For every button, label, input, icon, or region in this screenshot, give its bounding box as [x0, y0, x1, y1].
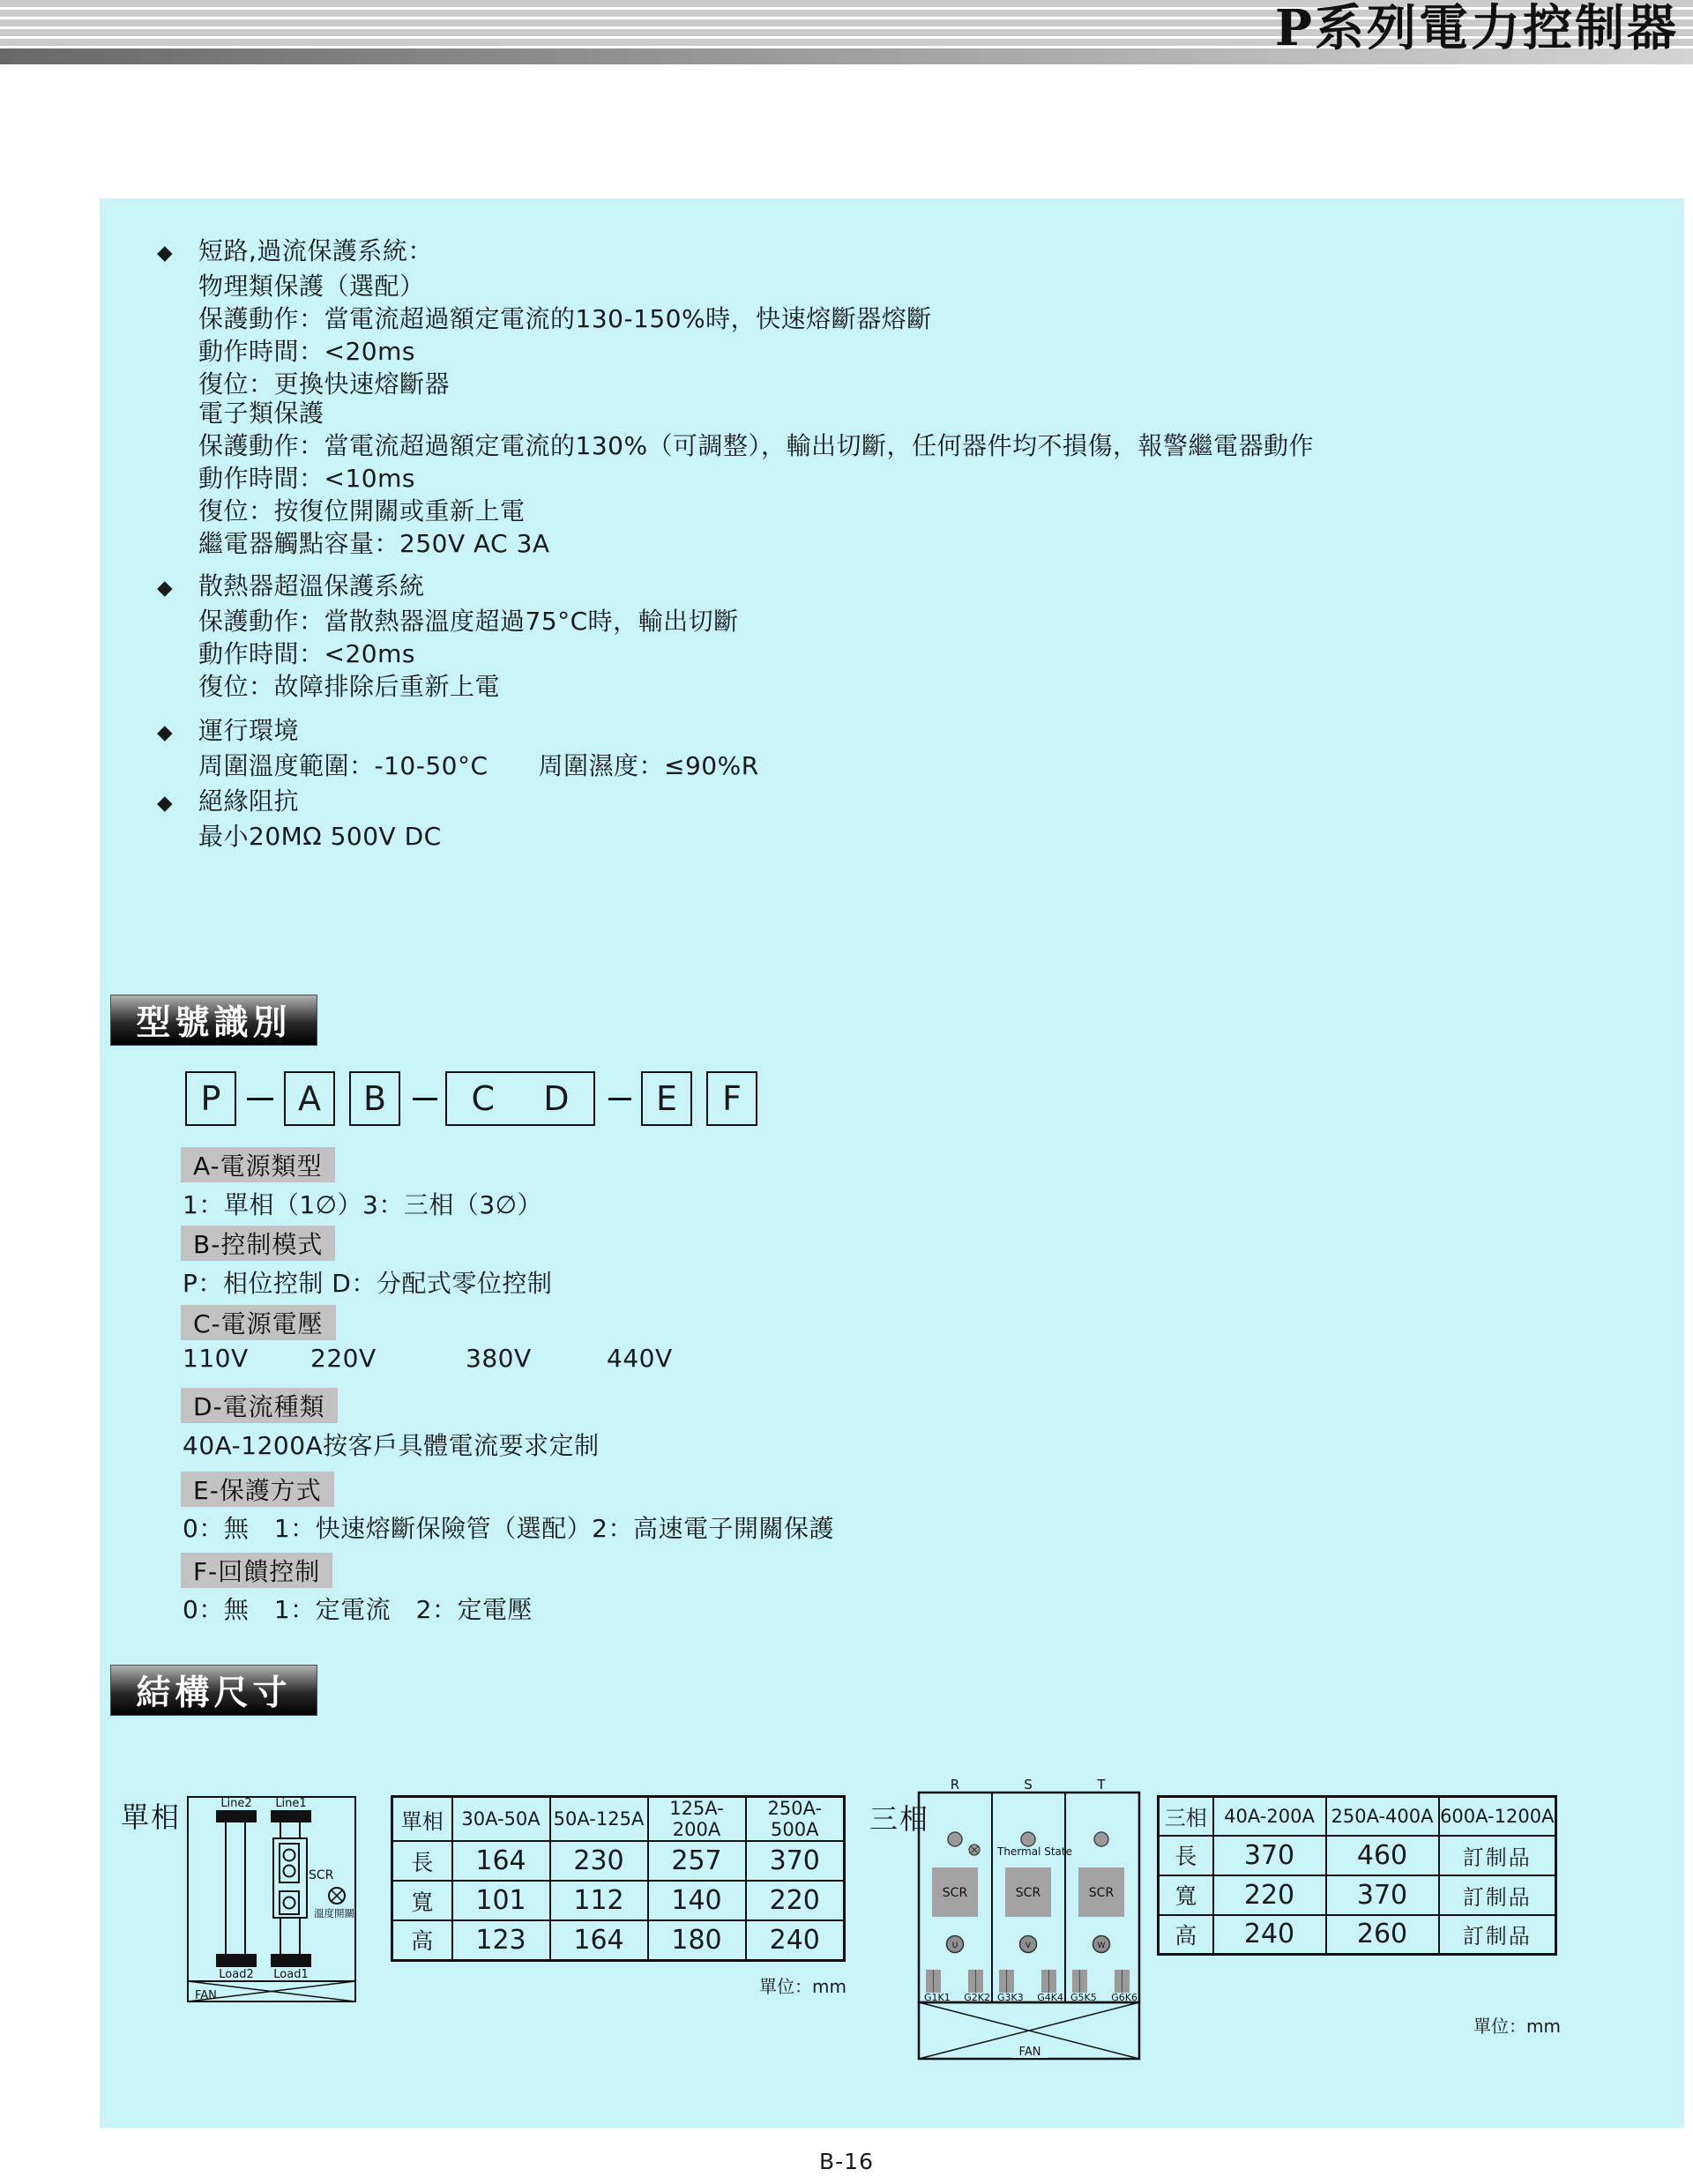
- scr-module: [273, 1838, 307, 1918]
- value-cell: 240: [1213, 1915, 1326, 1955]
- load1-terminal-label: Load1: [273, 1968, 308, 1981]
- page-title: P系列電力控制器: [1275, 0, 1679, 58]
- code-dash-icon: [608, 1098, 631, 1100]
- spec-insulation: ◆絕緣阻抗 最小20MΩ 500V DC: [157, 785, 442, 853]
- busbar-terminal: [271, 1810, 311, 1822]
- fan-label: FAN: [195, 1989, 217, 2002]
- code-box-f: F: [706, 1071, 757, 1126]
- value-cell: 257: [648, 1841, 746, 1881]
- spec-overtemp: ◆散熱器超溫保護系統 保護動作：當散熱器溫度超過75°C時，輸出切斷 動作時間：…: [157, 570, 739, 703]
- fan-label: FAN: [1019, 2046, 1041, 2059]
- spec-heading: ◆運行環境: [157, 714, 759, 749]
- single-phase-label: 單相: [121, 1795, 181, 1836]
- code-dash-icon: [413, 1098, 437, 1100]
- table-row: 高 240 260 訂制品: [1159, 1915, 1556, 1955]
- spec-heading: ◆絕緣阻抗: [157, 785, 442, 820]
- structure-section-header: 結構尺寸: [110, 1665, 317, 1716]
- thermal-state-label: Thermal State: [996, 1845, 1072, 1858]
- table-row: 寬 220 370 訂制品: [1159, 1875, 1556, 1915]
- single-phase-dim-table: 單相 30A-50A 50A-125A 125A-200A 250A-500A …: [391, 1795, 846, 1962]
- spec-line: 保護動作：當散熱器溫度超過75°C時，輸出切斷: [157, 605, 739, 637]
- table-row: 高 123 164 180 240: [392, 1920, 845, 1960]
- spec-heading: ◆短路,過流保護系統：: [157, 235, 932, 270]
- diamond-bullet-icon: ◆: [157, 717, 198, 749]
- value-cell: 240: [746, 1920, 845, 1960]
- scr-label: SCR: [1016, 1886, 1041, 1900]
- code-letter-c: C: [472, 1079, 496, 1118]
- table-header-cell: 125A-200A: [648, 1797, 746, 1842]
- busbar-terminal: [271, 1954, 311, 1967]
- value-cell: 370: [746, 1841, 845, 1881]
- spec-line: 復位：故障排除后重新上電: [157, 670, 739, 703]
- spec-line: 動作時間：<10ms: [157, 462, 1314, 495]
- table-header-cell: 30A-50A: [452, 1797, 550, 1842]
- table-header-cell: 單相: [392, 1797, 452, 1842]
- line1-terminal-label: Line1: [275, 1797, 306, 1810]
- mount-hole: [1094, 1832, 1108, 1846]
- phase-letter: U: [952, 1942, 958, 1950]
- scr-label: SCR: [309, 1868, 334, 1882]
- table-header-cell: 50A-125A: [550, 1797, 648, 1842]
- scr-label: SCR: [1089, 1886, 1115, 1900]
- value-cell: 370: [1213, 1836, 1326, 1875]
- phase-s-label: S: [1024, 1777, 1033, 1793]
- spec-line: 復位：按復位開關或重新上電: [157, 495, 1314, 527]
- thermal-switch-icon: [969, 1845, 980, 1855]
- spec-heading-text: 電子類保護: [157, 397, 1314, 429]
- model-id-section-header: 型號識別: [110, 995, 317, 1046]
- voltage-option: 220V: [310, 1344, 377, 1373]
- diamond-bullet-icon: ◆: [157, 237, 198, 270]
- mount-hole: [948, 1832, 962, 1846]
- table-row: 寬 101 112 140 220: [392, 1881, 845, 1920]
- dim-cell: 高: [392, 1920, 452, 1960]
- field-desc-e: 0：無 1：快速熔斷保險管（選配）2：高速電子開關保護: [183, 1509, 834, 1545]
- spec-line: 保護動作：當電流超過額定電流的130%（可調整），輸出切斷，任何器件均不損傷，報…: [157, 429, 1314, 462]
- diamond-bullet-icon: ◆: [157, 572, 198, 605]
- code-box-cd: C D: [445, 1071, 595, 1126]
- busbar-terminal: [216, 1810, 257, 1822]
- three-phase-diagram: R S T Thermal State SCR SCR SCR U V W: [913, 1768, 1146, 2063]
- spec-heading-text: 短路,過流保護系統：: [198, 236, 433, 265]
- unit-note: 單位：mm: [1433, 2012, 1561, 2038]
- code-box-b: B: [349, 1071, 400, 1126]
- spec-heading-text: 運行環境: [198, 716, 299, 745]
- temp-switch-icon: [329, 1888, 345, 1904]
- phase-r-label: R: [951, 1777, 959, 1793]
- spec-heading: ◆散熱器超溫保護系統: [157, 570, 739, 605]
- value-cell: 123: [452, 1920, 550, 1960]
- code-box-p: P: [185, 1071, 236, 1126]
- code-letter-d: D: [543, 1079, 569, 1118]
- dim-cell: 長: [392, 1841, 452, 1881]
- value-cell: 140: [648, 1881, 746, 1920]
- code-box-e: E: [641, 1071, 692, 1126]
- table-row: 長 370 460 訂制品: [1159, 1836, 1556, 1875]
- mount-hole: [1021, 1832, 1035, 1846]
- three-phase-dim-table: 三相 40A-200A 250A-400A 600A-1200A 長 370 4…: [1157, 1795, 1557, 1956]
- table-header-cell: 600A-1200A: [1439, 1797, 1556, 1836]
- spec-line: 繼電器觸點容量：250V AC 3A: [157, 527, 1314, 560]
- value-cell: 460: [1326, 1836, 1439, 1875]
- temp-switch-label: 溫度開關: [314, 1907, 354, 1919]
- phase-letter: V: [1025, 1942, 1032, 1950]
- value-cell: 101: [452, 1881, 550, 1920]
- spec-electronic: 電子類保護 保護動作：當電流超過額定電流的130%（可調整），輸出切斷，任何器件…: [157, 397, 1314, 560]
- spec-line: 物理類保護（選配）: [157, 270, 932, 302]
- field-label-d: D-電流種類: [181, 1388, 338, 1423]
- voltage-option: 440V: [607, 1344, 673, 1373]
- spec-line: 動作時間：<20ms: [157, 637, 739, 670]
- table-header-cell: 三相: [1159, 1797, 1213, 1836]
- scr-label: SCR: [943, 1886, 968, 1900]
- field-label-c: C-電源電壓: [181, 1305, 336, 1340]
- code-dash-icon: [247, 1098, 273, 1100]
- unit-note: 單位：mm: [719, 1972, 846, 1998]
- dim-cell: 高: [1159, 1915, 1213, 1955]
- field-label-e: E-保護方式: [181, 1472, 334, 1507]
- field-desc-b: P：相位控制 D：分配式零位控制: [183, 1264, 552, 1300]
- field-desc-f: 0：無 1：定電流 2：定電壓: [183, 1591, 533, 1626]
- phase-letter: W: [1098, 1942, 1106, 1950]
- value-cell: 164: [452, 1841, 550, 1881]
- table-header-cell: 250A-500A: [746, 1797, 845, 1842]
- field-label-b: B-控制模式: [181, 1226, 335, 1261]
- spec-line: 最小20MΩ 500V DC: [157, 820, 442, 853]
- voltage-option: 380V: [466, 1344, 532, 1373]
- value-cell: 260: [1326, 1915, 1439, 1955]
- spec-environment: ◆運行環境 周圍溫度範圍：-10-50°C 周圍濕度：≤90%R: [157, 714, 759, 782]
- value-cell: 230: [550, 1841, 648, 1881]
- single-phase-diagram: Line2 Line1 SCR 溫度開關 Load2 Load1: [185, 1790, 362, 2010]
- value-cell: 370: [1326, 1875, 1439, 1915]
- field-desc-a: 1：單相（1∅）3：三相（3∅）: [183, 1186, 542, 1221]
- field-label-f: F-回饋控制: [181, 1553, 332, 1588]
- spec-heading-text: 絕緣阻抗: [198, 786, 299, 816]
- value-cell: 180: [648, 1920, 746, 1960]
- voltage-option: 110V: [183, 1344, 249, 1373]
- catalog-page: P系列電力控制器 ◆短路,過流保護系統： 物理類保護（選配） 保護動作：當電流超…: [0, 0, 1693, 2184]
- gate-terminals: [926, 1970, 1130, 1993]
- spec-heading-text: 散熱器超溫保護系統: [198, 571, 425, 600]
- value-cell: 164: [550, 1920, 648, 1960]
- spec-short-circuit: ◆短路,過流保護系統： 物理類保護（選配） 保護動作：當電流超過額定電流的130…: [157, 235, 932, 400]
- value-cell: 112: [550, 1881, 648, 1920]
- value-cell: 220: [1213, 1875, 1326, 1915]
- page-number: B-16: [0, 2149, 1693, 2174]
- diamond-bullet-icon: ◆: [157, 787, 198, 820]
- spec-line: 保護動作：當電流超過額定電流的130-150%時，快速熔斷器熔斷: [157, 302, 932, 335]
- load2-terminal-label: Load2: [219, 1968, 253, 1981]
- field-desc-d: 40A-1200A按客戶具體電流要求定制: [183, 1427, 600, 1462]
- field-label-a: A-電源類型: [181, 1147, 335, 1182]
- phase-t-label: T: [1096, 1777, 1106, 1793]
- spec-line: 動作時間：<20ms: [157, 335, 932, 368]
- dim-cell: 寬: [1159, 1875, 1213, 1915]
- table-header-cell: 250A-400A: [1326, 1797, 1439, 1836]
- value-cell: 220: [746, 1881, 845, 1920]
- spec-line: 復位：更換快速熔斷器: [157, 368, 932, 400]
- value-cell: 訂制品: [1439, 1836, 1556, 1875]
- dim-cell: 長: [1159, 1836, 1213, 1875]
- table-row: 長 164 230 257 370: [392, 1841, 845, 1881]
- spec-line: 周圍溫度範圍：-10-50°C 周圍濕度：≤90%R: [157, 749, 759, 782]
- value-cell: 訂制品: [1439, 1915, 1556, 1955]
- value-cell: 訂制品: [1439, 1875, 1556, 1915]
- line2-terminal-label: Line2: [220, 1797, 251, 1810]
- busbar-terminal: [216, 1954, 257, 1967]
- dim-cell: 寬: [392, 1881, 452, 1920]
- table-header-cell: 40A-200A: [1213, 1797, 1326, 1836]
- code-box-a: A: [284, 1071, 335, 1126]
